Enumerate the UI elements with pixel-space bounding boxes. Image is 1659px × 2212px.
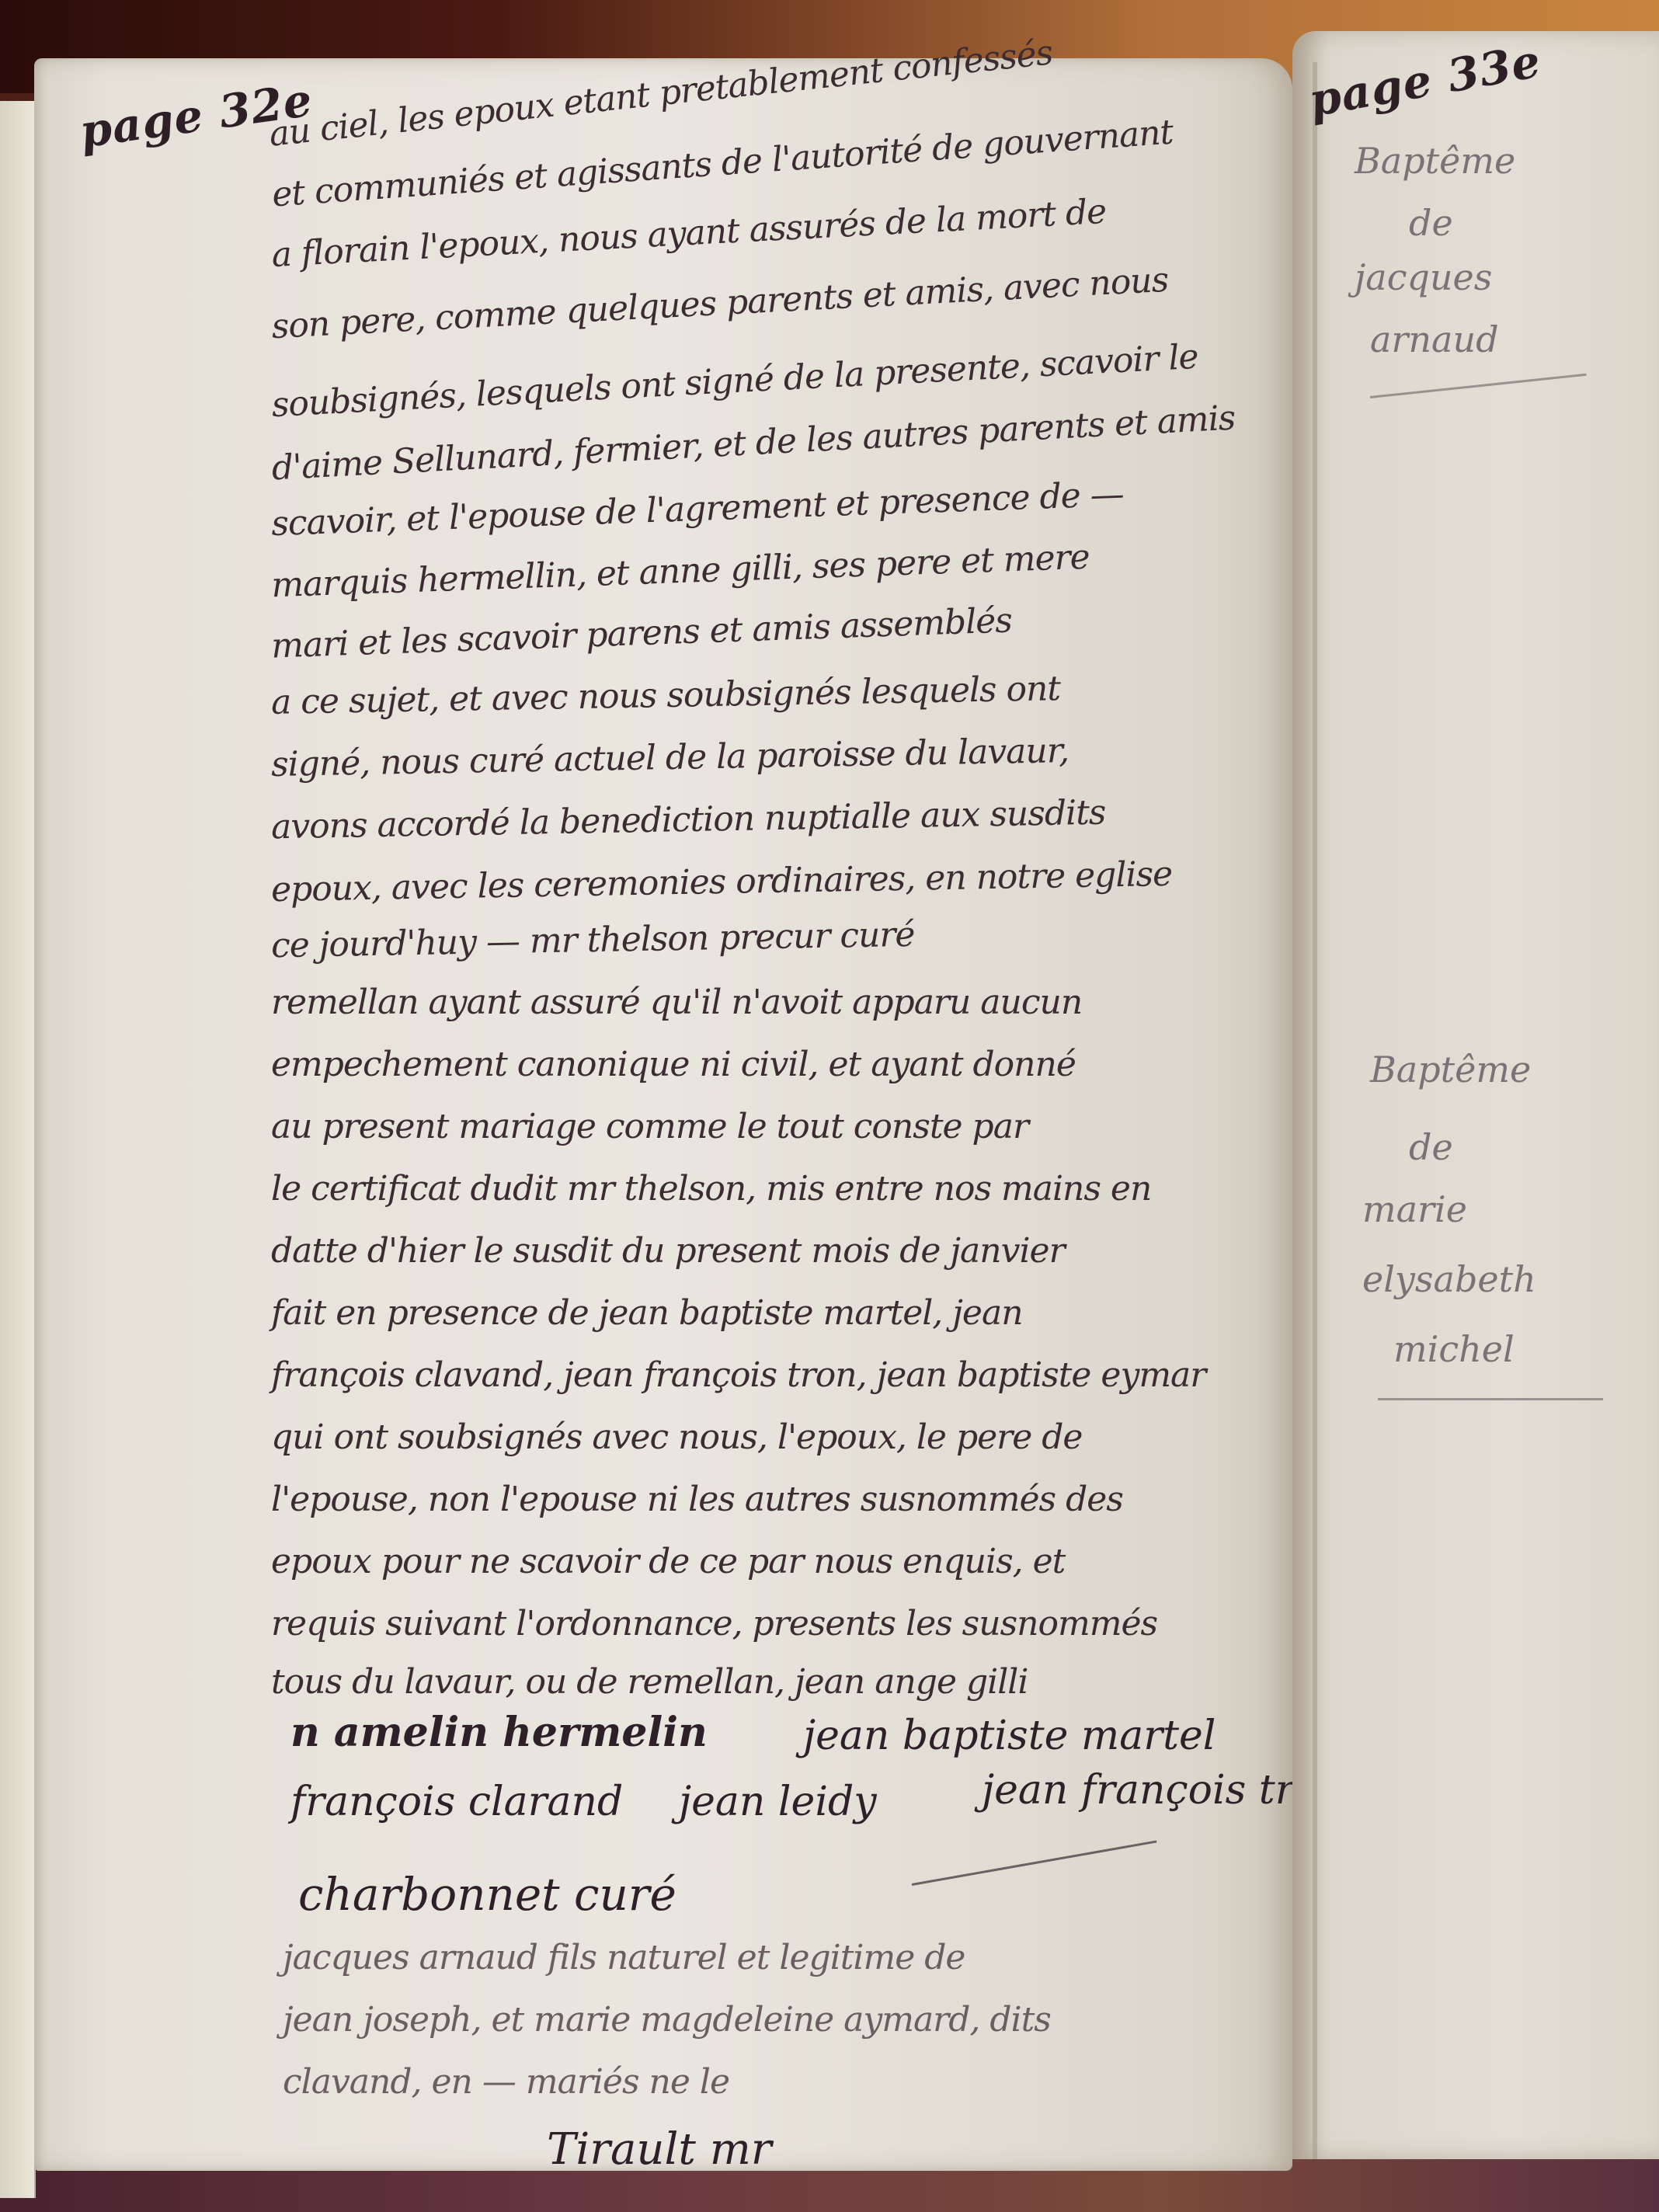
- text-line: ce jourd'huy — mr thelson precur curé: [271, 915, 915, 965]
- signature: n amelin hermelin: [290, 1709, 708, 1756]
- text-line: epoux, avec les ceremonies ordinaires, e…: [271, 854, 1173, 909]
- text-line: qui ont soubsignés avec nous, l'epoux, l…: [271, 1417, 1082, 1457]
- margin-rule: [1370, 374, 1587, 398]
- margin-note-line: Baptême: [1355, 140, 1515, 182]
- register-page-right: page 33e Baptême de jacques arnaud Baptê…: [1292, 31, 1659, 2159]
- text-line: remellan ayant assuré qu'il n'avoit appa…: [271, 983, 1082, 1022]
- signature: françois clarand: [290, 1779, 623, 1825]
- previous-page-edge: [0, 101, 36, 2198]
- binding-gutter: [1313, 62, 1317, 2159]
- text-line: jean joseph, et marie magdeleine aymard,…: [283, 2000, 1051, 2040]
- text-line: a ce sujet, et avec nous soubsignés lesq…: [271, 669, 1061, 722]
- signature: jean françois tron: [982, 1767, 1344, 1814]
- margin-note-line: elysabeth: [1362, 1258, 1536, 1300]
- text-line: requis suivant l'ordonnance, presents le…: [271, 1604, 1157, 1643]
- signature: jean leidy: [679, 1779, 877, 1825]
- signature: jean baptiste martel: [803, 1713, 1216, 1759]
- margin-note-line: arnaud: [1370, 318, 1499, 360]
- margin-note-line: michel: [1393, 1328, 1515, 1370]
- signature: charbonnet curé: [298, 1868, 676, 1921]
- text-line: françois clavand, jean françois tron, je…: [271, 1355, 1205, 1395]
- text-line: tous du lavaur, ou de remellan, jean ang…: [271, 1662, 1028, 1702]
- text-line: au present mariage comme le tout conste …: [271, 1107, 1028, 1146]
- margin-note-line: de: [1409, 1126, 1453, 1168]
- text-line: mari et les scavoir parens et amis assem…: [270, 600, 1012, 666]
- text-line: l'epouse, non l'epouse ni les autres sus…: [271, 1480, 1123, 1519]
- margin-note-line: de: [1409, 202, 1453, 244]
- margin-note-line: marie: [1362, 1188, 1467, 1230]
- text-line: clavand, en — mariés ne le: [283, 2062, 729, 2102]
- text-line: le certificat dudit mr thelson, mis entr…: [271, 1169, 1151, 1209]
- register-page-left: page 32e au ciel, les epoux etant pretab…: [34, 58, 1292, 2171]
- signature-flourish: [912, 1840, 1157, 1886]
- text-line: scavoir, et l'epouse de l'agrement et pr…: [270, 475, 1124, 544]
- text-line: jacques arnaud fils naturel et legitime …: [283, 1938, 965, 1977]
- text-line: avons accordé la benediction nuptialle a…: [271, 793, 1106, 847]
- text-line: epoux pour ne scavoir de ce par nous enq…: [271, 1542, 1065, 1581]
- text-line: marquis hermellin, et anne gilli, ses pe…: [270, 537, 1090, 606]
- text-line: empechement canonique ni civil, et ayant…: [271, 1045, 1076, 1084]
- margin-rule: [1378, 1398, 1603, 1400]
- margin-note-line: Baptême: [1370, 1049, 1531, 1090]
- text-line: fait en presence de jean baptiste martel…: [271, 1293, 1023, 1333]
- text-line: signé, nous curé actuel de la paroisse d…: [271, 731, 1069, 784]
- page-number: page 33e: [1305, 34, 1545, 127]
- text-line: son pere, comme quelques parents et amis…: [270, 260, 1169, 346]
- closing-signature: Tirault mr: [547, 2124, 772, 2175]
- text-line: datte d'hier le susdit du present mois d…: [271, 1231, 1065, 1271]
- margin-note-line: jacques: [1355, 256, 1492, 298]
